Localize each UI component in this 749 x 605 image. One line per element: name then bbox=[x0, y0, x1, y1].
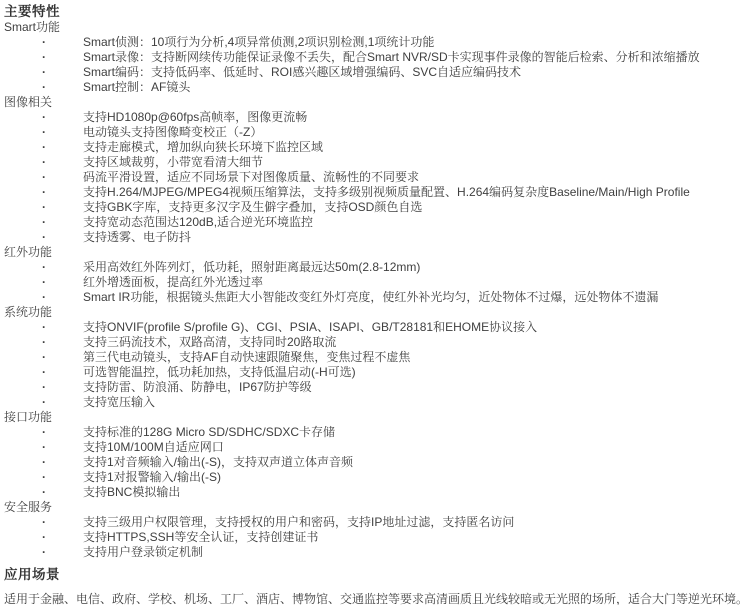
application-scenarios-text: 适用于金融、电信、政府、学校、机场、工厂、酒店、博物馆、交通监控等要求高清画质且… bbox=[4, 591, 749, 605]
feature-item-text: 红外增透面板，提高红外光透过率 bbox=[83, 275, 263, 289]
bullet-icon: · bbox=[42, 470, 46, 485]
feature-item: ·码流平滑设置，适应不同场景下对图像质量、流畅性的不同要求 bbox=[4, 170, 749, 185]
application-scenarios-heading: 应用场景 bbox=[4, 567, 749, 583]
feature-item: ·Smart IR功能，根据镜头焦距大小智能改变红外灯亮度，使红外补光均匀，近处… bbox=[4, 290, 749, 305]
feature-item: ·支持区域裁剪，小带宽看清大细节 bbox=[4, 155, 749, 170]
bullet-icon: · bbox=[42, 215, 46, 230]
bullet-icon: · bbox=[42, 185, 46, 200]
bullet-icon: · bbox=[42, 275, 46, 290]
feature-item: ·支持走廊模式，增加纵向狭长环境下监控区域 bbox=[4, 140, 749, 155]
feature-item: ·支持三级用户权限管理，支持授权的用户和密码，支持IP地址过滤，支持匿名访问 bbox=[4, 515, 749, 530]
feature-item: ·支持10M/100M自适应网口 bbox=[4, 440, 749, 455]
feature-item-text: 支持GBK字库，支持更多汉字及生僻字叠加，支持OSD颜色自选 bbox=[83, 200, 422, 214]
feature-item: ·第三代电动镜头，支持AF自动快速跟随聚焦，变焦过程不虚焦 bbox=[4, 350, 749, 365]
feature-item: ·支持三码流技术，双路高清，支持同时20路取流 bbox=[4, 335, 749, 350]
bullet-icon: · bbox=[42, 35, 46, 50]
feature-item-text: 支持HTTPS,SSH等安全认证，支持创建证书 bbox=[83, 530, 318, 544]
bullet-icon: · bbox=[42, 290, 46, 305]
feature-item: ·支持HD1080p@60fps高帧率，图像更流畅 bbox=[4, 110, 749, 125]
bullet-icon: · bbox=[42, 380, 46, 395]
feature-item: ·支持BNC模拟输出 bbox=[4, 485, 749, 500]
feature-item-text: Smart编码：支持低码率、低延时、ROI感兴趣区域增强编码、SVC自适应编码技… bbox=[83, 65, 521, 79]
feature-item: ·Smart编码：支持低码率、低延时、ROI感兴趣区域增强编码、SVC自适应编码… bbox=[4, 65, 749, 80]
bullet-icon: · bbox=[42, 440, 46, 455]
section-label-2: 图像相关 bbox=[4, 95, 749, 110]
feature-item: ·支持宽动态范围达120dB,适合逆光环境监控 bbox=[4, 215, 749, 230]
bullet-icon: · bbox=[42, 530, 46, 545]
feature-item: ·Smart控制：AF镜头 bbox=[4, 80, 749, 95]
feature-item-text: 支持10M/100M自适应网口 bbox=[83, 440, 224, 454]
section-label-3: 红外功能 bbox=[4, 245, 749, 260]
section-label-4: 系统功能 bbox=[4, 305, 749, 320]
feature-item-text: 支持H.264/MJPEG/MPEG4视频压缩算法，支持多级别视频质量配置、H.… bbox=[83, 185, 690, 199]
feature-item: ·支持宽压输入 bbox=[4, 395, 749, 410]
feature-item-text: Smart侦测：10项行为分析,4项异常侦测,2项识别检测,1项统计功能 bbox=[83, 35, 434, 49]
feature-item: ·支持标准的128G Micro SD/SDHC/SDXC卡存储 bbox=[4, 425, 749, 440]
bullet-icon: · bbox=[42, 455, 46, 470]
bullet-icon: · bbox=[42, 365, 46, 380]
feature-item-text: 支持宽压输入 bbox=[83, 395, 155, 409]
feature-item: ·Smart侦测：10项行为分析,4项异常侦测,2项识别检测,1项统计功能 bbox=[4, 35, 749, 50]
bullet-icon: · bbox=[42, 50, 46, 65]
feature-item-text: 码流平滑设置，适应不同场景下对图像质量、流畅性的不同要求 bbox=[83, 170, 419, 184]
feature-item-text: 支持区域裁剪，小带宽看清大细节 bbox=[83, 155, 263, 169]
feature-item: ·支持H.264/MJPEG/MPEG4视频压缩算法，支持多级别视频质量配置、H… bbox=[4, 185, 749, 200]
bullet-icon: · bbox=[42, 395, 46, 410]
feature-item-text: 支持ONVIF(profile S/profile G)、CGI、PSIA、IS… bbox=[83, 320, 537, 334]
bullet-icon: · bbox=[42, 320, 46, 335]
feature-item: ·支持用户登录锁定机制 bbox=[4, 545, 749, 560]
feature-item: ·可选智能温控，低功耗加热，支持低温启动(-H可选) bbox=[4, 365, 749, 380]
feature-item: ·支持HTTPS,SSH等安全认证，支持创建证书 bbox=[4, 530, 749, 545]
feature-item: ·支持1对音频输入/输出(-S)，支持双声道立体声音频 bbox=[4, 455, 749, 470]
feature-item-text: 支持防雷、防浪涌、防静电，IP67防护等级 bbox=[83, 380, 312, 394]
section-label-1: Smart功能 bbox=[4, 20, 749, 35]
feature-item-text: 支持HD1080p@60fps高帧率，图像更流畅 bbox=[83, 110, 307, 124]
feature-item-text: 支持走廊模式，增加纵向狭长环境下监控区域 bbox=[83, 140, 323, 154]
feature-item-text: 支持透雾、电子防抖 bbox=[83, 230, 191, 244]
feature-item-text: 支持用户登录锁定机制 bbox=[83, 545, 203, 559]
section-label-6: 安全服务 bbox=[4, 500, 749, 515]
bullet-icon: · bbox=[42, 80, 46, 95]
feature-sections: Smart功能·Smart侦测：10项行为分析,4项异常侦测,2项识别检测,1项… bbox=[4, 20, 749, 560]
bullet-icon: · bbox=[42, 335, 46, 350]
feature-item: ·支持1对报警输入/输出(-S) bbox=[4, 470, 749, 485]
bullet-icon: · bbox=[42, 125, 46, 140]
feature-item-text: 采用高效红外阵列灯，低功耗，照射距离最远达50m(2.8-12mm) bbox=[83, 260, 420, 274]
bullet-icon: · bbox=[42, 515, 46, 530]
feature-item-text: Smart录像：支持断网续传功能保证录像不丢失，配合Smart NVR/SD卡实… bbox=[83, 50, 700, 64]
feature-item: ·支持透雾、电子防抖 bbox=[4, 230, 749, 245]
bullet-icon: · bbox=[42, 155, 46, 170]
feature-item-text: 可选智能温控，低功耗加热，支持低温启动(-H可选) bbox=[83, 365, 356, 379]
feature-item-text: 支持三级用户权限管理，支持授权的用户和密码，支持IP地址过滤，支持匿名访问 bbox=[83, 515, 514, 529]
feature-item-text: 电动镜头支持图像畸变校正（-Z） bbox=[83, 125, 262, 139]
feature-item: ·支持GBK字库，支持更多汉字及生僻字叠加，支持OSD颜色自选 bbox=[4, 200, 749, 215]
section-label-5: 接口功能 bbox=[4, 410, 749, 425]
feature-item-text: Smart控制：AF镜头 bbox=[83, 80, 190, 94]
bullet-icon: · bbox=[42, 170, 46, 185]
bullet-icon: · bbox=[42, 485, 46, 500]
feature-item-text: 第三代电动镜头，支持AF自动快速跟随聚焦，变焦过程不虚焦 bbox=[83, 350, 410, 364]
feature-item-text: 支持BNC模拟输出 bbox=[83, 485, 180, 499]
feature-item-text: 支持1对音频输入/输出(-S)，支持双声道立体声音频 bbox=[83, 455, 353, 469]
feature-item-text: 支持1对报警输入/输出(-S) bbox=[83, 470, 221, 484]
feature-item-text: 支持三码流技术，双路高清，支持同时20路取流 bbox=[83, 335, 336, 349]
bullet-icon: · bbox=[42, 230, 46, 245]
feature-item: ·Smart录像：支持断网续传功能保证录像不丢失，配合Smart NVR/SD卡… bbox=[4, 50, 749, 65]
feature-item-text: 支持宽动态范围达120dB,适合逆光环境监控 bbox=[83, 215, 313, 229]
bullet-icon: · bbox=[42, 65, 46, 80]
feature-item: ·支持防雷、防浪涌、防静电，IP67防护等级 bbox=[4, 380, 749, 395]
feature-item: ·采用高效红外阵列灯，低功耗，照射距离最远达50m(2.8-12mm) bbox=[4, 260, 749, 275]
bullet-icon: · bbox=[42, 350, 46, 365]
bullet-icon: · bbox=[42, 425, 46, 440]
bullet-icon: · bbox=[42, 110, 46, 125]
feature-item: ·红外增透面板，提高红外光透过率 bbox=[4, 275, 749, 290]
feature-item-text: Smart IR功能，根据镜头焦距大小智能改变红外灯亮度，使红外补光均匀，近处物… bbox=[83, 290, 658, 304]
bullet-icon: · bbox=[42, 545, 46, 560]
page-title: 主要特性 bbox=[4, 3, 749, 20]
bullet-icon: · bbox=[42, 200, 46, 215]
feature-item: ·支持ONVIF(profile S/profile G)、CGI、PSIA、I… bbox=[4, 320, 749, 335]
bullet-icon: · bbox=[42, 140, 46, 155]
feature-item: ·电动镜头支持图像畸变校正（-Z） bbox=[4, 125, 749, 140]
feature-document: 主要特性 Smart功能·Smart侦测：10项行为分析,4项异常侦测,2项识别… bbox=[0, 0, 749, 605]
bullet-icon: · bbox=[42, 260, 46, 275]
feature-item-text: 支持标准的128G Micro SD/SDHC/SDXC卡存储 bbox=[83, 425, 335, 439]
